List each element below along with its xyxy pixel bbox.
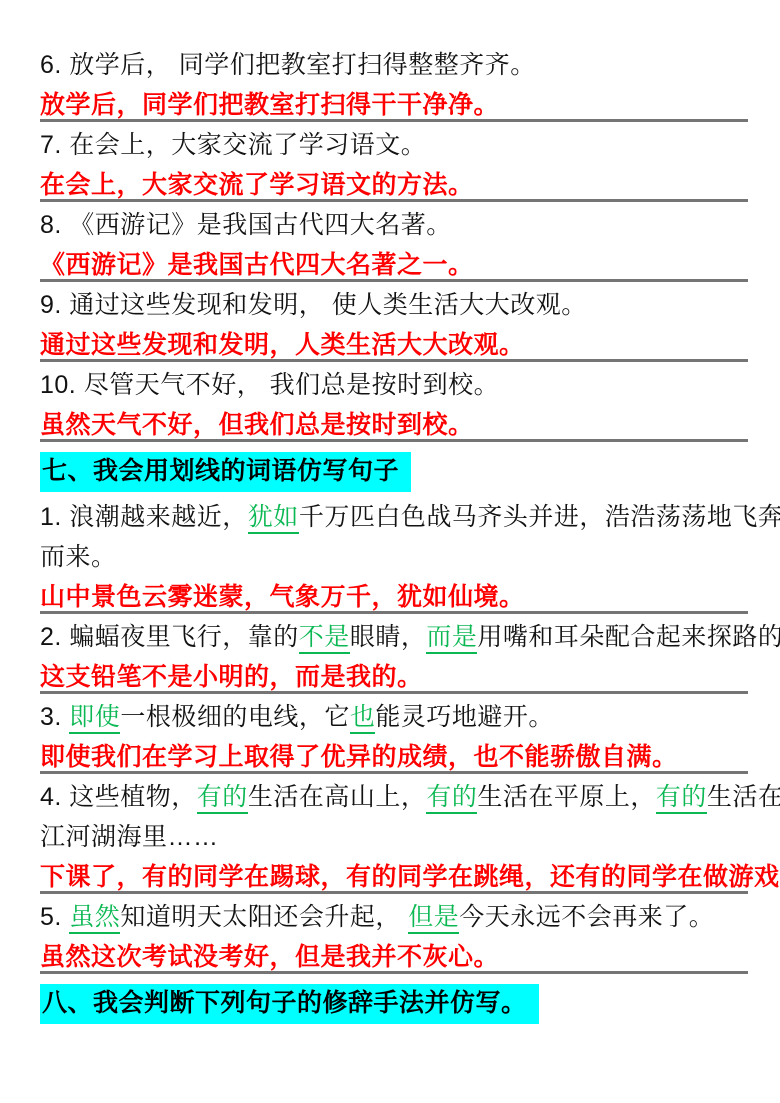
question-text-segment: 3. (40, 703, 69, 731)
question-line: 10. 尽管天气不好， 我们总是按时到校。 (40, 372, 748, 399)
answer-line: 这支铅笔不是小明的，而是我的。 (40, 664, 748, 694)
question-line: 2. 蝙蝠夜里飞行，靠的不是眼睛，而是用嘴和耳朵配合起来探路的。 (40, 624, 748, 651)
question-line: 1. 浪潮越来越近，犹如千万匹白色战马齐头并进，浩浩荡荡地飞奔 (40, 504, 748, 531)
answer-line: 虽然天气不好，但我们总是按时到校。 (40, 412, 748, 442)
question-line: 5. 虽然知道明天太阳还会升起， 但是今天永远不会再来了。 (40, 904, 748, 931)
answer-text: 在会上，大家交流了学习语文的方法。 (40, 171, 474, 199)
question-line: 而来。 (40, 544, 748, 571)
question-line: 4. 这些植物，有的生活在高山上，有的生活在平原上，有的生活在 (40, 784, 748, 811)
answer-line: 山中景色云雾迷蒙，气象万千，犹如仙境。 (40, 584, 748, 614)
answer-text: 通过这些发现和发明，人类生活大大改观。 (40, 331, 525, 359)
question-text-segment: 1. 浪潮越来越近， (40, 503, 248, 531)
question-text-segment: 而来。 (40, 543, 117, 571)
underlined-keyword: 即使 (69, 703, 120, 734)
underlined-keyword: 有的 (426, 783, 477, 814)
answer-line: 《西游记》是我国古代四大名著之一。 (40, 252, 748, 282)
answer-text: 山中景色云雾迷蒙，气象万千，犹如仙境。 (40, 583, 525, 611)
answer-text: 虽然这次考试没考好，但是我并不灰心。 (40, 943, 499, 971)
answer-text: 放学后，同学们把教室打扫得干干净净。 (40, 91, 499, 119)
answer-text: 这支铅笔不是小明的，而是我的。 (40, 663, 423, 691)
question-text-segment: 6. 放学后， 同学们把教室打扫得整整齐齐。 (40, 51, 536, 79)
underlined-keyword: 犹如 (248, 503, 299, 534)
question-text-segment: 一根极细的电线，它 (120, 703, 350, 731)
question-text-segment: 千万匹白色战马齐头并进，浩浩荡荡地飞奔 (299, 503, 780, 531)
answer-line: 即使我们在学习上取得了优异的成绩，也不能骄傲自满。 (40, 744, 748, 774)
worksheet-document: { "page": { "background": "#ffffff", "qu… (0, 0, 780, 1103)
underlined-keyword: 虽然 (69, 903, 120, 934)
answer-line: 通过这些发现和发明，人类生活大大改观。 (40, 332, 748, 362)
question-text-segment: 生活在高山上， (248, 783, 427, 811)
question-line: 9. 通过这些发现和发明， 使人类生活大大改观。 (40, 292, 748, 319)
section-header: 七、我会用划线的词语仿写句子 (40, 452, 411, 492)
section-header-row: 七、我会用划线的词语仿写句子 (40, 452, 748, 492)
question-line: 6. 放学后， 同学们把教室打扫得整整齐齐。 (40, 52, 748, 79)
question-text-segment: 能灵巧地避开。 (375, 703, 554, 731)
answer-text: 虽然天气不好，但我们总是按时到校。 (40, 411, 474, 439)
question-text-segment: 生活在平原上， (477, 783, 656, 811)
underlined-keyword: 也 (350, 703, 376, 734)
question-text-segment: 7. 在会上，大家交流了学习语文。 (40, 131, 426, 159)
answer-text: 即使我们在学习上取得了优异的成绩，也不能骄傲自满。 (40, 743, 678, 771)
underlined-keyword: 不是 (299, 623, 350, 654)
question-line: 江河湖海里…… (40, 824, 748, 851)
question-text-segment: 生活在 (707, 783, 780, 811)
question-text-segment: 4. 这些植物， (40, 783, 197, 811)
answer-text: 《西游记》是我国古代四大名著之一。 (40, 251, 474, 279)
question-text-segment: 5. (40, 903, 69, 931)
answer-text: 下课了，有的同学在踢球，有的同学在跳绳，还有的同学在做游戏。 (40, 863, 780, 891)
underlined-keyword: 有的 (197, 783, 248, 814)
question-text-segment: 今天永远不会再来了。 (459, 903, 714, 931)
question-text-segment: 9. 通过这些发现和发明， 使人类生活大大改观。 (40, 291, 587, 319)
question-text-segment: 10. 尽管天气不好， 我们总是按时到校。 (40, 371, 499, 399)
question-line: 7. 在会上，大家交流了学习语文。 (40, 132, 748, 159)
section-header-row: 八、我会判断下列句子的修辞手法并仿写。 (40, 984, 748, 1024)
answer-line: 在会上，大家交流了学习语文的方法。 (40, 172, 748, 202)
underlined-keyword: 但是 (408, 903, 459, 934)
answer-line: 虽然这次考试没考好，但是我并不灰心。 (40, 944, 748, 974)
question-text-segment: 知道明天太阳还会升起， (120, 903, 408, 931)
question-line: 3. 即使一根极细的电线，它也能灵巧地避开。 (40, 704, 748, 731)
question-text-segment: 2. 蝙蝠夜里飞行，靠的 (40, 623, 299, 651)
section-header: 八、我会判断下列句子的修辞手法并仿写。 (40, 984, 539, 1024)
question-text-segment: 眼睛， (350, 623, 427, 651)
worksheet-page: 6. 放学后， 同学们把教室打扫得整整齐齐。放学后，同学们把教室打扫得干干净净。… (40, 52, 748, 1024)
underlined-keyword: 有的 (656, 783, 707, 814)
question-line: 8. 《西游记》是我国古代四大名著。 (40, 212, 748, 239)
question-text-segment: 江河湖海里…… (40, 823, 219, 851)
question-text-segment: 8. 《西游记》是我国古代四大名著。 (40, 211, 452, 239)
answer-line: 放学后，同学们把教室打扫得干干净净。 (40, 92, 748, 122)
underlined-keyword: 而是 (426, 623, 477, 654)
question-text-segment: 用嘴和耳朵配合起来探路的。 (477, 623, 780, 651)
answer-line: 下课了，有的同学在踢球，有的同学在跳绳，还有的同学在做游戏。 (40, 864, 748, 894)
